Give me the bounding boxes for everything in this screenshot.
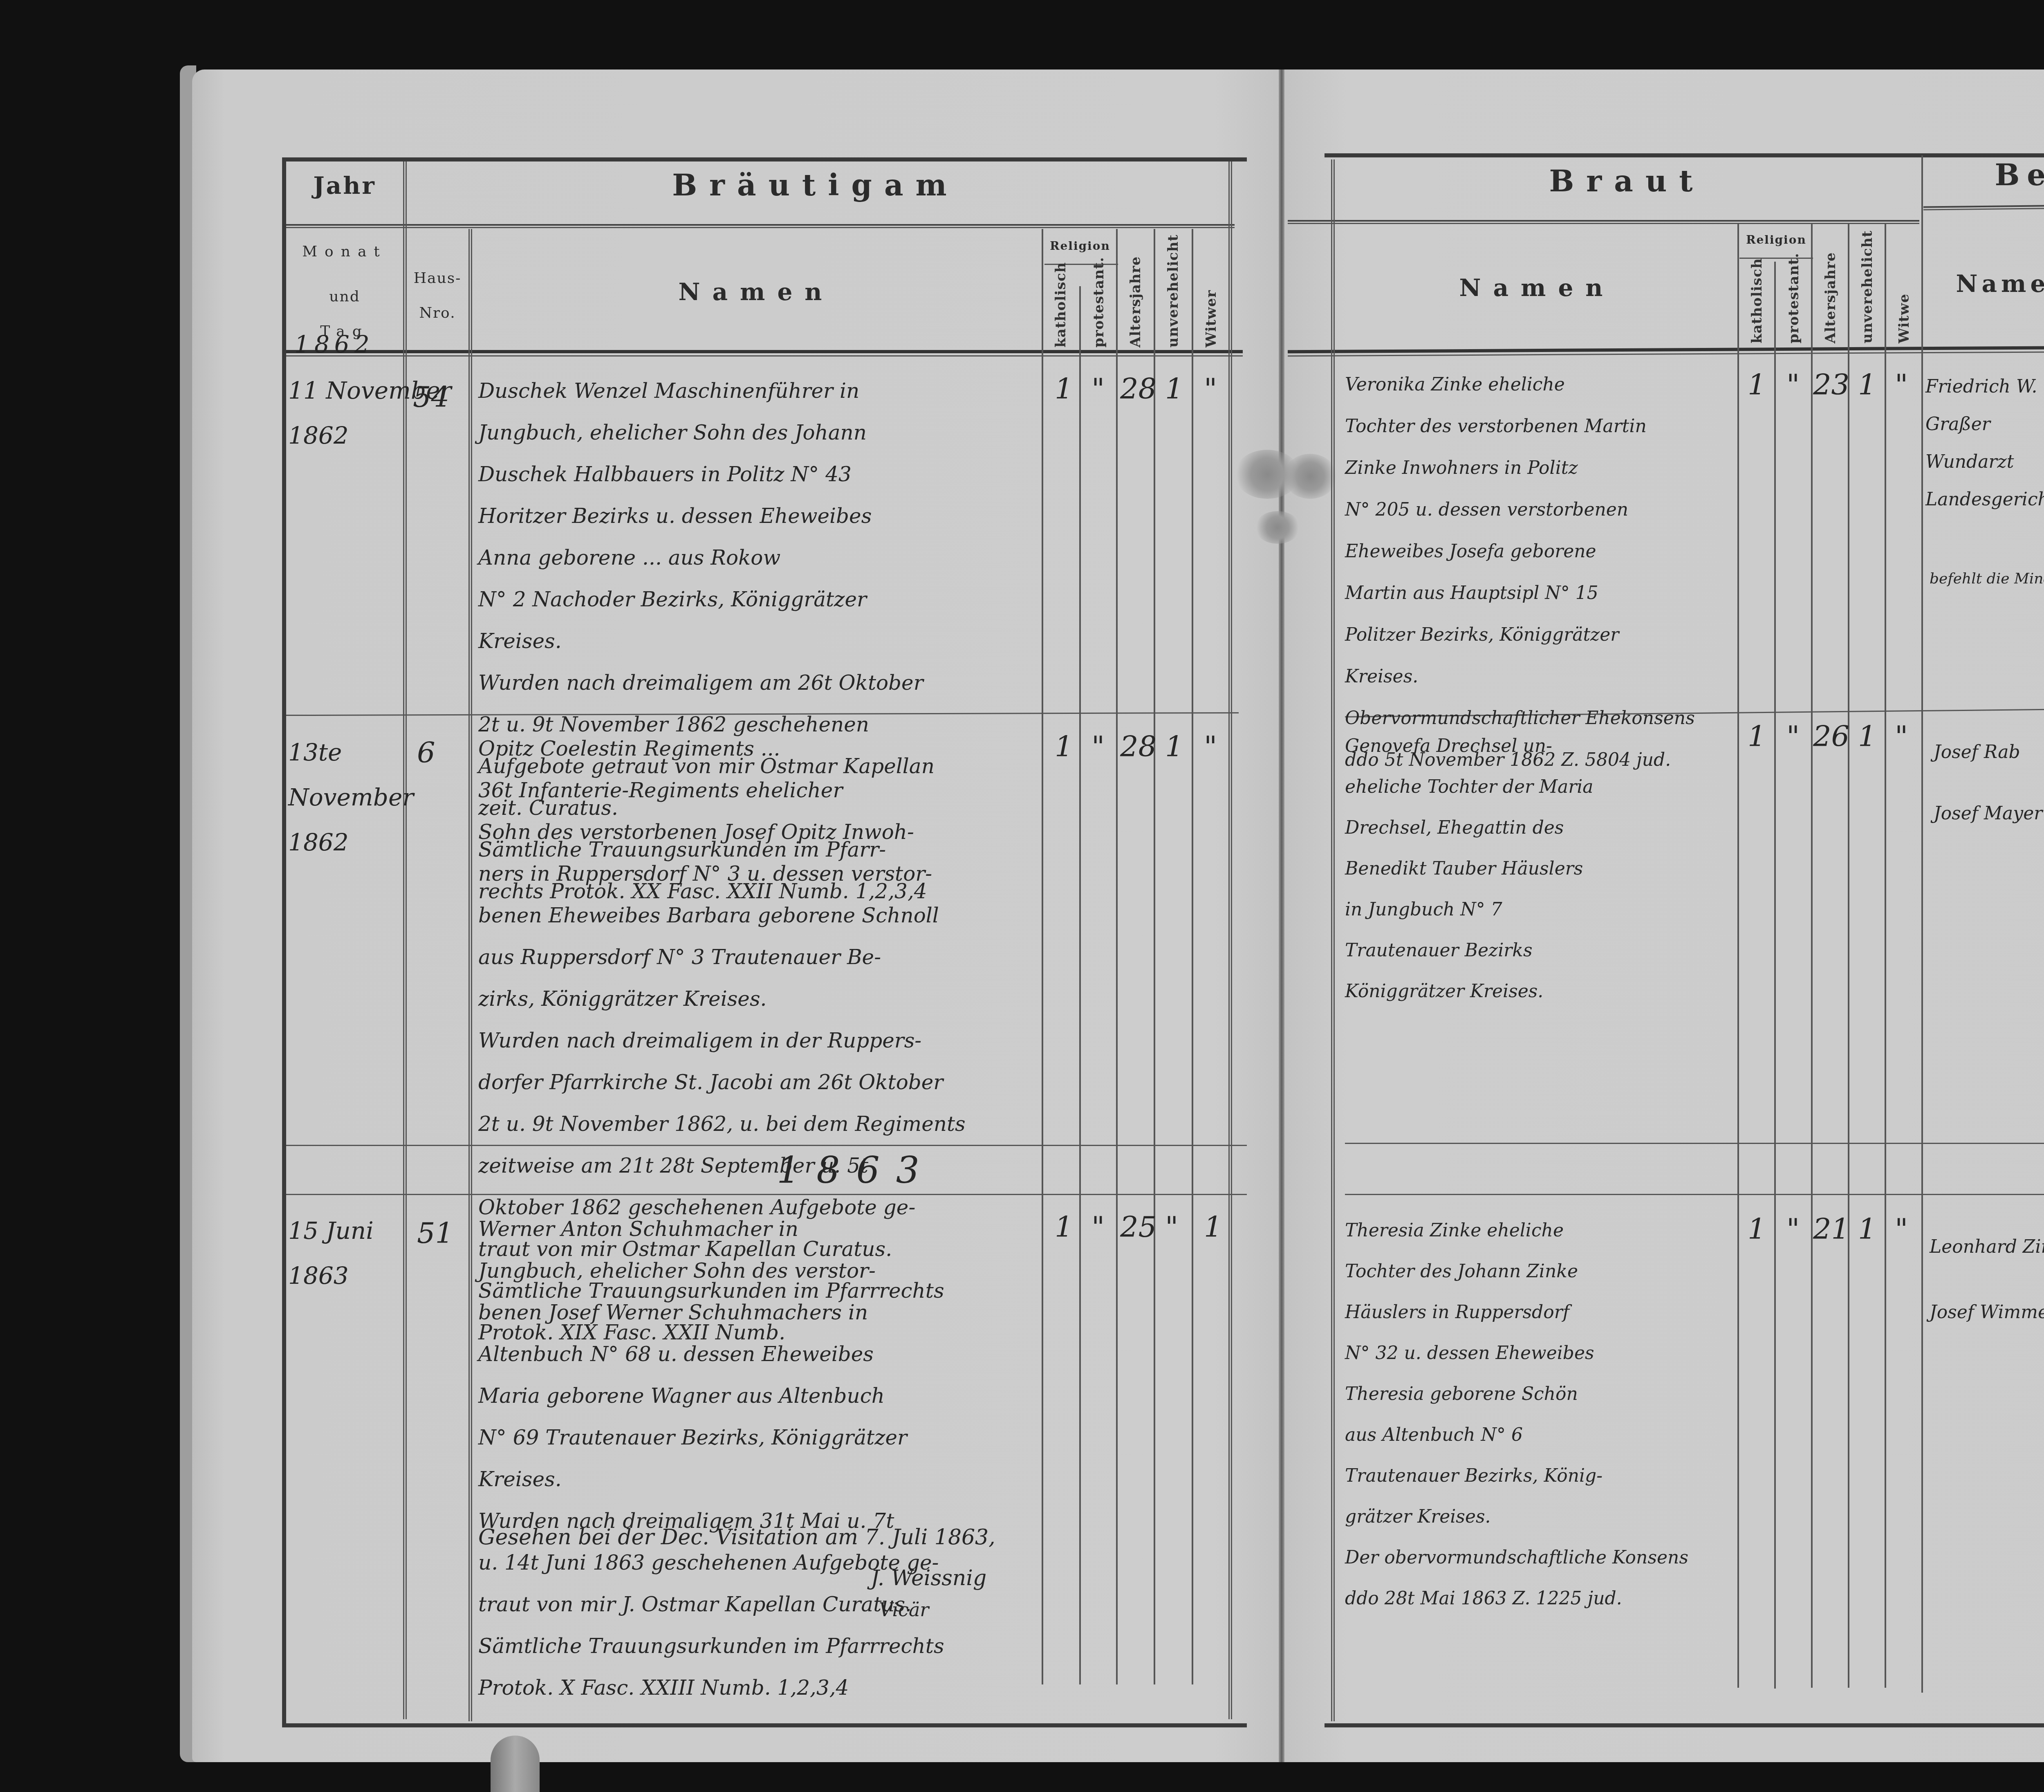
entry-1-protestant: " [1091, 372, 1105, 406]
column-divider [1811, 224, 1813, 1688]
header-religion: Religion [1739, 233, 1813, 247]
entry-2-bride-protestant: " [1786, 720, 1800, 753]
header-katholisch: katholisch [1053, 274, 1069, 348]
entry-3-groom-text: Werner Anton Schuhmacher in Jungbuch, eh… [478, 1208, 1038, 1709]
header-katholisch: katholisch [1749, 270, 1765, 343]
entry-2-bride-unverehelicht: 1 [1858, 720, 1876, 753]
entry-3-bride-unverehelicht: 1 [1858, 1212, 1876, 1246]
header-unverehelicht: unverehelicht [1165, 253, 1181, 348]
row-divider [1345, 1143, 2044, 1144]
book-spine [1279, 70, 1284, 1762]
entry-3-date: 15 Juni 1863 [288, 1208, 374, 1298]
entry-2-age: 28 [1120, 730, 1156, 763]
entry-1-witwer: " [1204, 372, 1217, 406]
entry-2-protestant: " [1091, 730, 1105, 763]
column-divider [1885, 224, 1886, 1688]
column-divider [468, 229, 472, 1721]
entry-3-house-no: 51 [417, 1216, 453, 1250]
column-divider [1042, 229, 1043, 1684]
header-nro: Nro. [407, 305, 468, 321]
header-divider [286, 224, 1235, 228]
header-religion: Religion [1043, 239, 1117, 253]
header-haus: Haus- [407, 270, 468, 287]
header-witwe: Witwe [1896, 286, 1912, 343]
column-divider [1848, 224, 1849, 1688]
entry-1-bride-protestant: " [1786, 368, 1800, 401]
entry-3-witwer: 1 [1204, 1210, 1222, 1244]
header-beistand-namen: Namen [1925, 270, 2044, 298]
visitation-note: Gesehen bei der Dec. Visitation am 7. Ju… [478, 1525, 995, 1550]
column-divider [1192, 229, 1193, 1684]
header-monat: Monat [286, 243, 403, 260]
header-protestant: protestant. [1091, 274, 1107, 348]
entry-1-unverehelicht: 1 [1165, 372, 1183, 406]
column-divider [1116, 229, 1118, 1684]
entry-2-witness-name: Josef Rab Josef Mayer [1934, 722, 2044, 844]
header-altersjahre: Altersjahre [1822, 258, 1839, 343]
header-altersjahre: Altersjahre [1127, 262, 1144, 348]
header-braeutigam: Bräutigam [409, 168, 1222, 202]
header-namen: Namen [474, 278, 1038, 306]
entry-2-bride-age: 26 [1813, 720, 1849, 753]
header-witwer: Witwer [1203, 286, 1219, 348]
entry-2-house-no: 6 [417, 736, 435, 769]
column-divider [1079, 286, 1081, 1684]
entry-3-katholisch: 1 [1055, 1210, 1073, 1244]
entry-3-protestant: " [1091, 1210, 1105, 1244]
entry-2-bride-text: Genovefa Drechsel un- eheliche Tochter d… [1345, 726, 1733, 1012]
column-divider [1228, 161, 1232, 1719]
entry-2-unverehelicht: 1 [1165, 730, 1183, 763]
entry-1-consent-note: befehlt die Minderjährigkeit [1930, 560, 2044, 598]
entry-2-katholisch: 1 [1055, 730, 1073, 763]
header-beistand: Beistand [1925, 157, 2044, 192]
entry-2-bride-witwe: " [1895, 720, 1908, 753]
header-bottom-rule [286, 350, 1243, 357]
signature-name: J. Weissnig [871, 1566, 986, 1590]
bookmark-ribbon [491, 1736, 540, 1792]
column-divider [1737, 224, 1739, 1688]
header-braut-namen: Namen [1337, 274, 1737, 302]
entry-3-bride-witwe: " [1895, 1212, 1908, 1246]
row-divider [1345, 1194, 2044, 1195]
entry-1-bride-age: 23 [1813, 368, 1849, 401]
header-jahr: Jahr [286, 172, 403, 200]
header-und: und [286, 288, 403, 305]
entry-1-witness-name: Friedrich W. Graßer Wundarzt Landesgeric… [1925, 368, 2044, 518]
header-unverehelicht: unverehelicht [1859, 249, 1876, 343]
entry-3-unverehelicht: " [1165, 1210, 1178, 1244]
column-divider [1921, 155, 1923, 1693]
entry-2-bride-katholisch: 1 [1748, 720, 1766, 753]
header-protestant: protestant. [1786, 270, 1802, 343]
entry-1-bride-unverehelicht: 1 [1858, 368, 1876, 401]
column-divider [1774, 262, 1776, 1689]
header-divider [1288, 220, 1919, 224]
entry-2-date: 13te November 1862 [288, 730, 414, 865]
entry-3-bride-text: Theresia Zinke eheliche Tochter des Joha… [1345, 1210, 1733, 1619]
entry-1-bride-katholisch: 1 [1748, 368, 1766, 401]
entry-3-bride-katholisch: 1 [1748, 1212, 1766, 1246]
entry-2-witwer: " [1204, 730, 1217, 763]
column-divider [1154, 229, 1155, 1684]
entry-3-age: 25 [1120, 1210, 1156, 1244]
stain-mark [1255, 511, 1300, 544]
entry-3-witness-name: Leonhard Zinke Josef Wimmer [1930, 1214, 2044, 1345]
entry-1-bride-text: Veronika Zinke eheliche Tochter des vers… [1345, 364, 1733, 781]
entry-1-age: 28 [1120, 372, 1156, 406]
entry-1-katholisch: 1 [1055, 372, 1073, 406]
entry-3-bride-protestant: " [1786, 1212, 1800, 1246]
header-braut: Braut [1337, 164, 1917, 198]
column-divider [1331, 159, 1335, 1721]
entry-1-house-no: 54 [413, 380, 449, 414]
header-year-written: 1862 [294, 330, 374, 358]
year-separator: 1863 [777, 1149, 936, 1192]
entry-3-bride-age: 21 [1813, 1212, 1849, 1246]
entry-1-bride-witwe: " [1895, 368, 1908, 401]
signature-title: Vicär [879, 1599, 929, 1621]
